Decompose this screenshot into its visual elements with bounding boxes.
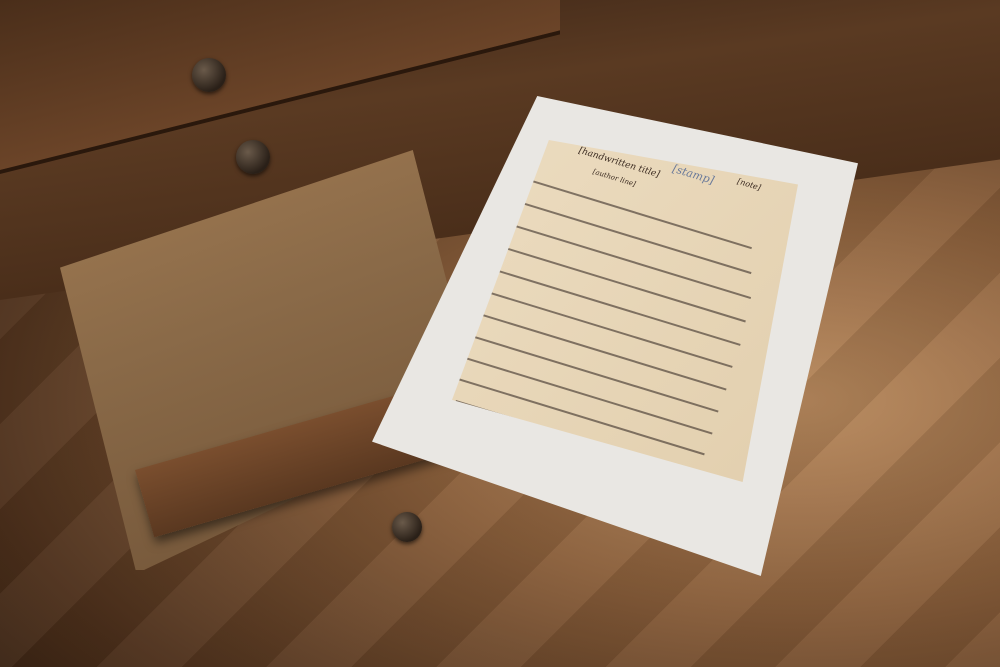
manuscript-corner-note: [note] [736,177,762,193]
handwriting-line [467,334,718,413]
drawer-front-knob [392,512,422,542]
handwriting-line [483,290,732,368]
handwriting-line [475,312,726,391]
drawer-knob [236,140,270,174]
drawer-knob [192,58,226,92]
